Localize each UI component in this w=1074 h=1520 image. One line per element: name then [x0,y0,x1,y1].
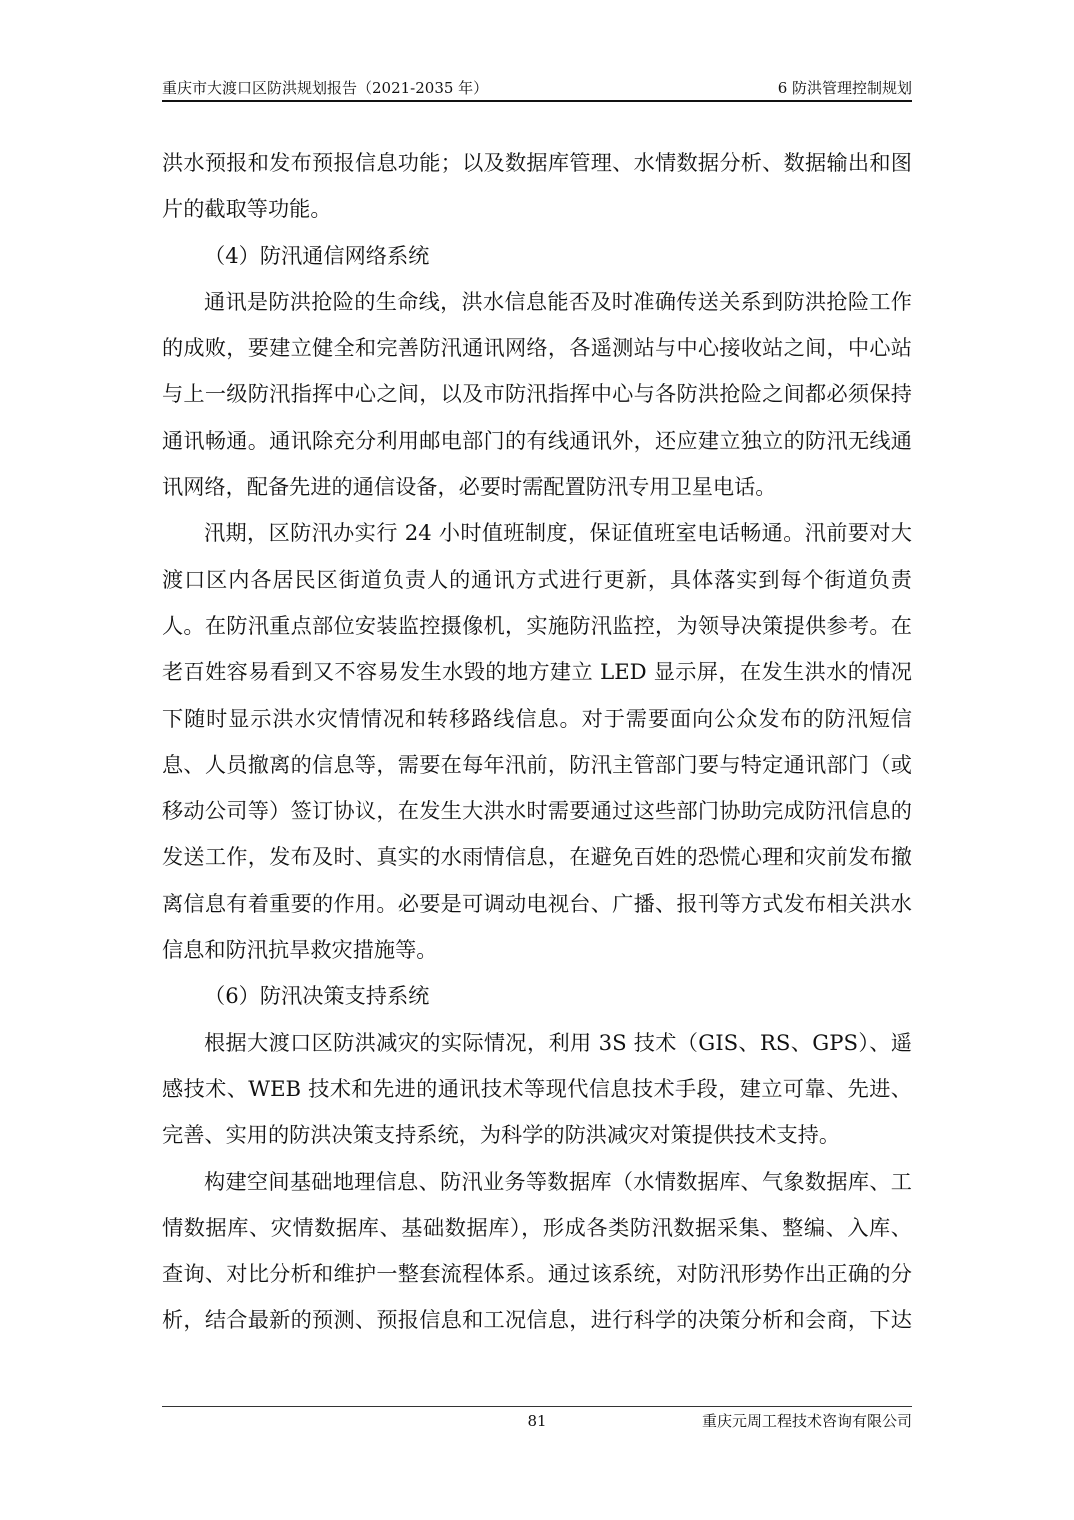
section-heading: （4）防汛通信网络系统 [162,233,912,279]
page-footer: 81 重庆元周工程技术咨询有限公司 [162,1409,912,1433]
header-rule [162,100,912,102]
text-line: 通讯畅通。通讯除充分利用邮电部门的有线通讯外，还应建立独立的防汛无线通 [162,418,912,464]
text-line: 人。在防汛重点部位安装监控摄像机，实施防汛监控，为领导决策提供参考。在 [162,603,912,649]
text-line: 根据大渡口区防洪减灾的实际情况，利用 3S 技术（GIS、RS、GPS）、遥 [162,1020,912,1066]
company-name: 重庆元周工程技术咨询有限公司 [702,1409,912,1433]
text-line: 汛期，区防汛办实行 24 小时值班制度，保证值班室电话畅通。汛前要对大 [162,510,912,556]
text-line: 移动公司等）签订协议，在发生大洪水时需要通过这些部门协助完成防汛信息的 [162,788,912,834]
text-line: 查询、对比分析和维护一整套流程体系。通过该系统，对防汛形势作出正确的分 [162,1251,912,1297]
text-line: 老百姓容易看到又不容易发生水毁的地方建立 LED 显示屏，在发生洪水的情况 [162,649,912,695]
footer-rule [162,1406,912,1407]
paragraph: 通讯是防洪抢险的生命线，洪水信息能否及时准确传送关系到防洪抢险工作 的成败，要建… [162,279,912,510]
text-line: 构建空间基础地理信息、防汛业务等数据库（水情数据库、气象数据库、工 [162,1159,912,1205]
text-line: 感技术、WEB 技术和先进的通讯技术等现代信息技术手段，建立可靠、先进、 [162,1066,912,1112]
text-line: 析，结合最新的预测、预报信息和工况信息，进行科学的决策分析和会商，下达 [162,1297,912,1343]
text-line: 情数据库、灾情数据库、基础数据库），形成各类防汛数据采集、整编、入库、 [162,1205,912,1251]
text-line: 与上一级防汛指挥中心之间，以及市防汛指挥中心与各防洪抢险之间都必须保持 [162,371,912,417]
text-line: 完善、实用的防洪决策支持系统，为科学的防洪减灾对策提供技术支持。 [162,1112,912,1158]
text-line: 的成败，要建立健全和完善防汛通讯网络，各遥测站与中心接收站之间，中心站 [162,325,912,371]
text-line: 离信息有着重要的作用。必要是可调动电视台、广播、报刊等方式发布相关洪水 [162,881,912,927]
text-line: 信息和防汛抗旱救灾措施等。 [162,927,912,973]
section-heading: （6）防汛决策支持系统 [162,973,912,1019]
text-line: 片的截取等功能。 [162,186,912,232]
page-body: 洪水预报和发布预报信息功能；以及数据库管理、水情数据分析、数据输出和图 片的截取… [162,140,912,1344]
paragraph: 构建空间基础地理信息、防汛业务等数据库（水情数据库、气象数据库、工 情数据库、灾… [162,1159,912,1344]
page-header: 重庆市大渡口区防洪规划报告（2021-2035 年） 6 防洪管理控制规划 [162,76,912,100]
text-line: 息、人员撤离的信息等，需要在每年汛前，防汛主管部门要与特定通讯部门（或 [162,742,912,788]
document-title: 重庆市大渡口区防洪规划报告（2021-2035 年） [162,76,488,100]
text-line: 下随时显示洪水灾情情况和转移路线信息。对于需要面向公众发布的防汛短信 [162,696,912,742]
text-line: 讯网络，配备先进的通信设备，必要时需配置防汛专用卫星电话。 [162,464,912,510]
text-line: 洪水预报和发布预报信息功能；以及数据库管理、水情数据分析、数据输出和图 [162,140,912,186]
chapter-title: 6 防洪管理控制规划 [778,76,912,100]
text-line: 发送工作，发布及时、真实的水雨情信息，在避免百姓的恐慌心理和灾前发布撤 [162,834,912,880]
paragraph: 根据大渡口区防洪减灾的实际情况，利用 3S 技术（GIS、RS、GPS）、遥 感… [162,1020,912,1159]
text-line: 渡口区内各居民区街道负责人的通讯方式进行更新，具体落实到每个街道负责 [162,557,912,603]
paragraph: 洪水预报和发布预报信息功能；以及数据库管理、水情数据分析、数据输出和图 片的截取… [162,140,912,233]
text-line: 通讯是防洪抢险的生命线，洪水信息能否及时准确传送关系到防洪抢险工作 [162,279,912,325]
paragraph: 汛期，区防汛办实行 24 小时值班制度，保证值班室电话畅通。汛前要对大 渡口区内… [162,510,912,973]
